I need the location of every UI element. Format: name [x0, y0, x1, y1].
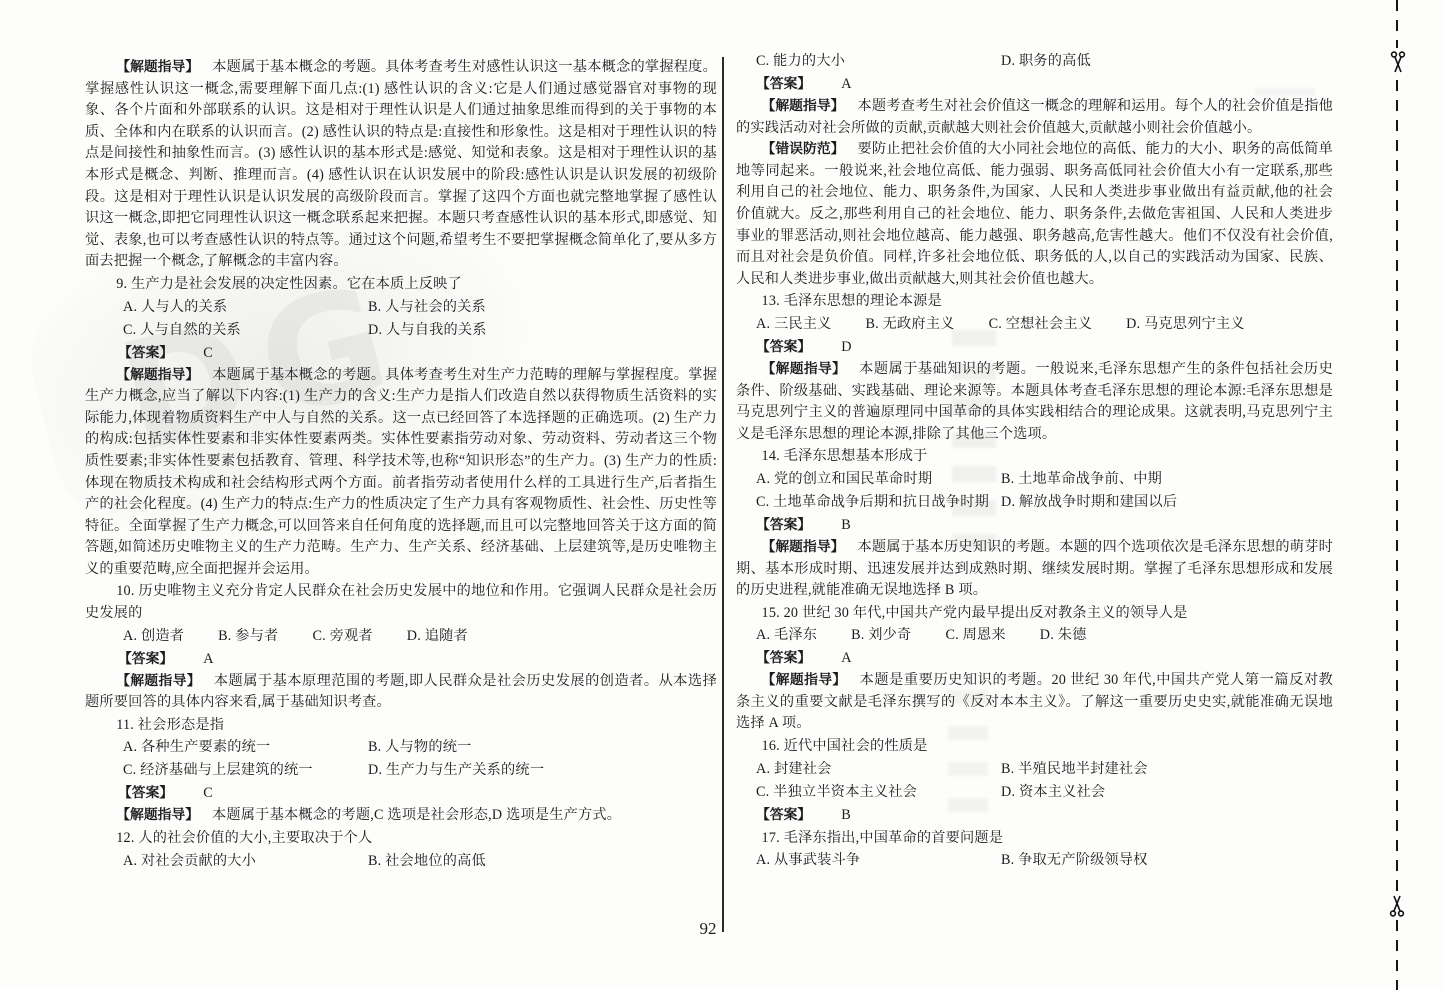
answer-line: 【答案】A	[85, 648, 717, 671]
paragraph-text: 本题属于基本概念的考题,C 选项是社会形态,D 选项是生产方式。	[212, 807, 621, 823]
answer-options: A. 从事武装斗争B. 争取无产阶级领导权	[736, 849, 1333, 872]
option: B. 社会地位的高低	[368, 850, 717, 873]
answer-options: A. 三民主义B. 无政府主义C. 空想社会主义D. 马克思列宁主义	[736, 313, 1333, 336]
option: C. 空想社会主义	[989, 313, 1092, 336]
question: 16. 近代中国社会的性质是	[736, 736, 1333, 758]
question-text: 12. 人的社会价值的大小,主要取决于个人	[116, 830, 372, 846]
option: B. 土地革命战争前、中期	[1001, 468, 1333, 491]
answer-options: A. 各种生产要素的统一B. 人与物的统一C. 经济基础与上层建筑的统一D. 生…	[85, 736, 717, 782]
answer-label: 【答案】	[756, 339, 811, 355]
answer-value: A	[203, 651, 213, 667]
answer-options: A. 人与人的关系B. 人与社会的关系C. 人与自然的关系D. 人与自我的关系	[85, 296, 717, 342]
explanation-block: 【错误防范】要防止把社会价值的大小同社会地位的高低、能力的大小、职务的高低简单地…	[736, 139, 1333, 290]
option: C. 土地革命战争后期和抗日战争时期	[756, 491, 1001, 514]
column-divider	[722, 57, 724, 932]
option: A. 人与人的关系	[123, 296, 368, 319]
answer-line: 【答案】B	[736, 514, 1333, 537]
answer-value: D	[841, 339, 851, 355]
explanation-block: 【解题指导】本题是重要历史知识的考题。20 世纪 30 年代,中国共产党人第一篇…	[736, 670, 1333, 735]
answer-value: C	[203, 345, 213, 361]
paragraph-text: 本题属于基本概念的考题。具体考查考生对生产力范畴的理解与掌握程度。掌握生产力概念…	[85, 367, 717, 577]
answer-options: A. 毛泽东B. 刘少奇C. 周恩来D. 朱德	[736, 624, 1333, 647]
answer-label: 【答案】	[756, 517, 811, 533]
question-text: 16. 近代中国社会的性质是	[762, 738, 928, 754]
option: D. 资本主义社会	[1001, 781, 1333, 804]
answer-label: 【答案】	[756, 76, 811, 92]
section-label: 【解题指导】	[762, 98, 845, 114]
answer-options: A. 创造者B. 参与者C. 旁观者D. 追随者	[85, 625, 717, 648]
option: B. 无政府主义	[866, 313, 955, 336]
option: D. 解放战争时期和建国以后	[1001, 491, 1333, 514]
question: 17. 毛泽东指出,中国革命的首要问题是	[736, 828, 1333, 850]
option: C. 半独立半资本主义社会	[756, 781, 1001, 804]
option: D. 马克思列宁主义	[1126, 313, 1245, 336]
section-label: 【解题指导】	[116, 807, 199, 823]
option: A. 党的创立和国民革命时期	[756, 468, 1001, 491]
cut-line	[1396, 0, 1398, 990]
answer-value: C	[203, 785, 213, 801]
page-container: DG 【解题指导】本题属于基本概念的考题。具体考查考生对感性认识这一基本概念的掌…	[0, 0, 1445, 990]
option: A. 各种生产要素的统一	[123, 736, 368, 759]
option: A. 创造者	[123, 625, 184, 648]
option: C. 人与自然的关系	[123, 319, 368, 342]
answer-line: 【答案】A	[736, 647, 1333, 670]
question: 12. 人的社会价值的大小,主要取决于个人	[85, 828, 717, 850]
answer-label: 【答案】	[756, 807, 811, 823]
answer-value: B	[841, 807, 851, 823]
explanation-block: 【解题指导】本题属于基本概念的考题,C 选项是社会形态,D 选项是生产方式。	[85, 805, 717, 827]
question: 14. 毛泽东思想基本形成于	[736, 446, 1333, 468]
answer-line: 【答案】A	[736, 73, 1333, 96]
question: 9. 生产力是社会发展的决定性因素。它在本质上反映了	[85, 274, 717, 296]
answer-label: 【答案】	[118, 651, 173, 667]
explanation-block: 【解题指导】本题属于基础知识的考题。一般说来,毛泽东思想产生的条件包括社会历史条…	[736, 359, 1333, 445]
option: A. 从事武装斗争	[756, 849, 1001, 872]
option: A. 对社会贡献的大小	[123, 850, 368, 873]
explanation-block: 【解题指导】本题属于基本概念的考题。具体考查考生对生产力范畴的理解与掌握程度。掌…	[85, 365, 717, 581]
scissors-icon	[1384, 893, 1411, 920]
option: C. 经济基础与上层建筑的统一	[123, 759, 368, 782]
question-text: 17. 毛泽东指出,中国革命的首要问题是	[762, 830, 1004, 846]
question: 13. 毛泽东思想的理论本源是	[736, 291, 1333, 313]
question-text: 15. 20 世纪 30 年代,中国共产党内最早提出反对教条主义的领导人是	[762, 605, 1188, 621]
answer-label: 【答案】	[756, 650, 811, 666]
answer-line: 【答案】B	[736, 804, 1333, 827]
left-column: 【解题指导】本题属于基本概念的考题。具体考查考生对感性认识这一基本概念的掌握程度…	[85, 57, 717, 873]
answer-line: 【答案】C	[85, 342, 717, 365]
option: A. 封建社会	[756, 758, 1001, 781]
answer-options: A. 封建社会B. 半殖民地半封建社会C. 半独立半资本主义社会D. 资本主义社…	[736, 758, 1333, 804]
answer-value: A	[841, 76, 851, 92]
answer-label: 【答案】	[118, 785, 173, 801]
section-label: 【解题指导】	[762, 361, 847, 377]
section-label: 【解题指导】	[116, 59, 199, 75]
section-label: 【错误防范】	[762, 141, 845, 157]
answer-line: 【答案】D	[736, 336, 1333, 359]
right-column: C. 能力的大小D. 职务的高低【答案】A【解题指导】本题考查考生对社会价值这一…	[736, 50, 1333, 872]
section-label: 【解题指导】	[762, 672, 847, 688]
page-number: 92	[678, 919, 738, 939]
answer-label: 【答案】	[118, 345, 173, 361]
option: B. 参与者	[218, 625, 278, 648]
option: B. 人与物的统一	[368, 736, 717, 759]
option: C. 能力的大小	[756, 50, 1001, 73]
question-text: 9. 生产力是社会发展的决定性因素。它在本质上反映了	[116, 276, 462, 292]
section-label: 【解题指导】	[116, 367, 199, 383]
option: B. 人与社会的关系	[368, 296, 717, 319]
question: 11. 社会形态是指	[85, 715, 717, 737]
option: A. 三民主义	[756, 313, 832, 336]
question: 10. 历史唯物主义充分肯定人民群众在社会历史发展中的地位和作用。它强调人民群众…	[85, 581, 717, 624]
option: C. 旁观者	[312, 625, 372, 648]
paragraph-text: 本题属于基本概念的考题。具体考查考生对感性认识这一基本概念的掌握程度。掌握感性认…	[85, 59, 717, 269]
answer-value: B	[841, 517, 851, 533]
option: C. 周恩来	[945, 624, 1005, 647]
paragraph-text: 要防止把社会价值的大小同社会地位的高低、能力的大小、职务的高低简单地等同起来。一…	[736, 141, 1333, 287]
section-label: 【解题指导】	[762, 539, 845, 555]
option: B. 半殖民地半封建社会	[1001, 758, 1333, 781]
section-label: 【解题指导】	[116, 673, 201, 689]
option: B. 争取无产阶级领导权	[1001, 849, 1333, 872]
question-text: 14. 毛泽东思想基本形成于	[762, 448, 928, 464]
explanation-block: 【解题指导】本题属于基本原理范围的考题,即人民群众是社会历史发展的创造者。从本选…	[85, 671, 717, 714]
question-text: 10. 历史唯物主义充分肯定人民群众在社会历史发展中的地位和作用。它强调人民群众…	[85, 583, 717, 621]
answer-line: 【答案】C	[85, 782, 717, 805]
option: A. 毛泽东	[756, 624, 817, 647]
scissors-icon	[1384, 48, 1411, 75]
option: D. 人与自我的关系	[368, 319, 717, 342]
option: D. 追随者	[407, 625, 468, 648]
question-text: 11. 社会形态是指	[116, 717, 224, 733]
explanation-block: 【解题指导】本题属于基本历史知识的考题。本题的四个选项依次是毛泽东思想的萌芽时期…	[736, 537, 1333, 602]
option: D. 朱德	[1040, 624, 1087, 647]
option: B. 刘少奇	[851, 624, 911, 647]
explanation-block: 【解题指导】本题考查考生对社会价值这一概念的理解和运用。每个人的社会价值是指他的…	[736, 96, 1333, 139]
answer-options: C. 能力的大小D. 职务的高低	[736, 50, 1333, 73]
option: D. 职务的高低	[1001, 50, 1333, 73]
answer-value: A	[841, 650, 851, 666]
answer-options: A. 对社会贡献的大小B. 社会地位的高低	[85, 850, 717, 873]
option: D. 生产力与生产关系的统一	[368, 759, 717, 782]
question: 15. 20 世纪 30 年代,中国共产党内最早提出反对教条主义的领导人是	[736, 603, 1333, 625]
explanation-block: 【解题指导】本题属于基本概念的考题。具体考查考生对感性认识这一基本概念的掌握程度…	[85, 57, 717, 273]
answer-options: A. 党的创立和国民革命时期B. 土地革命战争前、中期C. 土地革命战争后期和抗…	[736, 468, 1333, 514]
question-text: 13. 毛泽东思想的理论本源是	[762, 293, 942, 309]
